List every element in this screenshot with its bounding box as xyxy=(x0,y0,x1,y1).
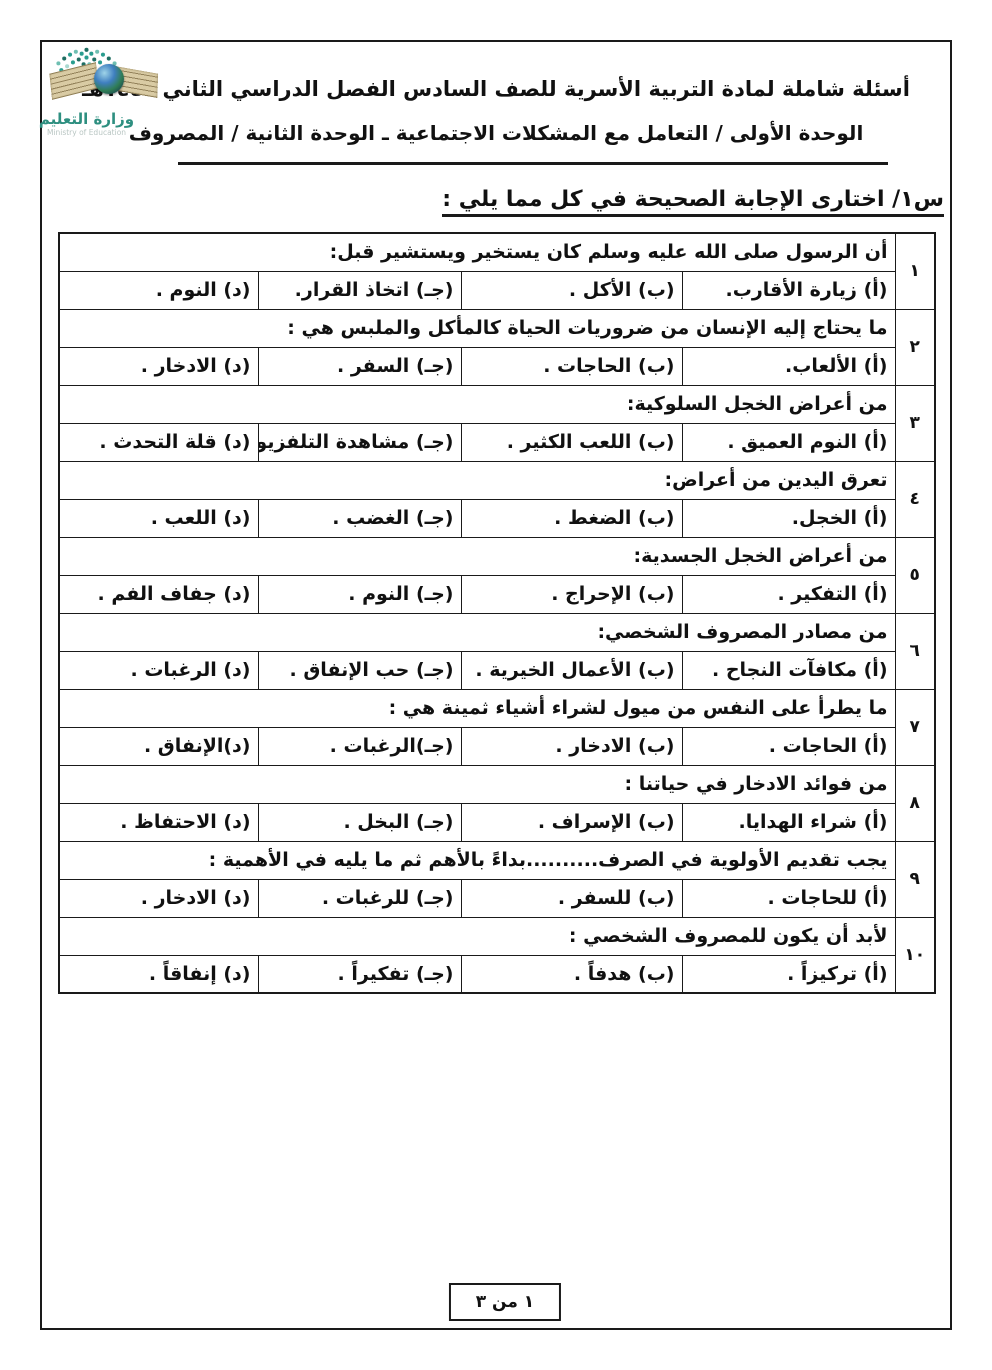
option-c: (جـ) تفكيراً . xyxy=(258,955,461,993)
option-c: (جـ) السفر . xyxy=(258,347,461,385)
question-number: ٥ xyxy=(895,537,935,613)
questions-table-body: ١أن الرسول صلى الله عليه وسلم كان يستخير… xyxy=(59,233,935,993)
option-d: (د) إنفاقاً . xyxy=(59,955,258,993)
option-d: (د) النوم . xyxy=(59,271,258,309)
options-row: (أ) مكافآت النجاح .(ب) الأعمال الخيرية .… xyxy=(59,651,935,689)
document-page: وزارة التعليم Ministry of Education أسئل… xyxy=(40,40,952,1330)
question-row: ٩يجب تقديم الأولوية في الصرف..........بد… xyxy=(59,841,935,879)
banner-icon xyxy=(49,62,98,100)
option-c: (جـ) الغضب . xyxy=(258,499,461,537)
option-c: (جـ) للرغبات . xyxy=(258,879,461,917)
option-c: (جـ) مشاهدة التلفزيون . xyxy=(258,423,461,461)
option-b: (ب) الأكل . xyxy=(461,271,682,309)
question-number: ٣ xyxy=(895,385,935,461)
ministry-name-english: Ministry of Education xyxy=(38,128,135,137)
options-row: (أ) الألعاب.(ب) الحاجات .(جـ) السفر .(د)… xyxy=(59,347,935,385)
option-a: (أ) الألعاب. xyxy=(682,347,895,385)
question-number: ٦ xyxy=(895,613,935,689)
header-titles: أسئلة شاملة لمادة التربية الأسرية للصف ا… xyxy=(42,42,950,146)
question-row: ٧ما يطرأ على النفس من ميول لشراء أشياء ث… xyxy=(59,689,935,727)
question-text: من أعراض الخجل السلوكية: xyxy=(59,385,895,423)
question-text: من فوائد الادخار في حياتنا : xyxy=(59,765,895,803)
option-d: (د) الادخار . xyxy=(59,347,258,385)
option-c: (جـ) النوم . xyxy=(258,575,461,613)
question-number: ٩ xyxy=(895,841,935,917)
section-header: س١/ اختارى الإجابة الصحيحة في كل مما يلي… xyxy=(42,187,950,212)
question-text: من أعراض الخجل الجسدية: xyxy=(59,537,895,575)
option-a: (أ) تركيزاً . xyxy=(682,955,895,993)
question-row: ١٠لأبد أن يكون للمصروف الشخصي : xyxy=(59,917,935,955)
question-text: ما يطرأ على النفس من ميول لشراء أشياء ثم… xyxy=(59,689,895,727)
option-a: (أ) مكافآت النجاح . xyxy=(682,651,895,689)
options-row: (أ) تركيزاً .(ب) هدفاً .(جـ) تفكيراً .(د… xyxy=(59,955,935,993)
option-b: (ب) هدفاً . xyxy=(461,955,682,993)
question-number: ١ xyxy=(895,233,935,309)
option-b: (ب) اللعب الكثير . xyxy=(461,423,682,461)
option-b: (ب) الإحراج . xyxy=(461,575,682,613)
exam-title: أسئلة شاملة لمادة التربية الأسرية للصف ا… xyxy=(42,76,950,103)
option-a: (أ) زيارة الأقارب. xyxy=(682,271,895,309)
question-row: ١أن الرسول صلى الله عليه وسلم كان يستخير… xyxy=(59,233,935,271)
option-d: (د) الرغبات . xyxy=(59,651,258,689)
option-a: (أ) شراء الهدايا. xyxy=(682,803,895,841)
question-text: من مصادر المصروف الشخصي: xyxy=(59,613,895,651)
question-text: ما يحتاج إليه الإنسان من ضروريات الحياة … xyxy=(59,309,895,347)
option-b: (ب) الضغط . xyxy=(461,499,682,537)
option-d: (د) الاحتفاظ . xyxy=(59,803,258,841)
questions-table: ١أن الرسول صلى الله عليه وسلم كان يستخير… xyxy=(58,232,936,994)
options-row: (أ) شراء الهدايا.(ب) الإسراف .(جـ) البخل… xyxy=(59,803,935,841)
question-text: تعرق اليدين من أعراض: xyxy=(59,461,895,499)
option-d: (د) اللعب . xyxy=(59,499,258,537)
option-b: (ب) الادخار . xyxy=(461,727,682,765)
question-row: ٣من أعراض الخجل السلوكية: xyxy=(59,385,935,423)
question-row: ٢ما يحتاج إليه الإنسان من ضروريات الحياة… xyxy=(59,309,935,347)
page-number-box: ١ من ٣ xyxy=(449,1283,561,1321)
option-a: (أ) التفكير . xyxy=(682,575,895,613)
question-row: ٤تعرق اليدين من أعراض: xyxy=(59,461,935,499)
option-d: (د) قلة التحدث . xyxy=(59,423,258,461)
school-logo xyxy=(48,54,168,120)
options-row: (أ) زيارة الأقارب.(ب) الأكل .(جـ) اتخاذ … xyxy=(59,271,935,309)
option-c: (جـ) البخل . xyxy=(258,803,461,841)
option-d: (د) الادخار . xyxy=(59,879,258,917)
options-row: (أ) الحاجات .(ب) الادخار .(جـ)الرغبات .(… xyxy=(59,727,935,765)
question1-instruction: س١/ اختارى الإجابة الصحيحة في كل مما يلي… xyxy=(442,187,944,217)
option-a: (أ) الخجل. xyxy=(682,499,895,537)
question-number: ٧ xyxy=(895,689,935,765)
option-a: (أ) للحاجات . xyxy=(682,879,895,917)
globe-icon xyxy=(94,64,124,94)
question-row: ٥من أعراض الخجل الجسدية: xyxy=(59,537,935,575)
header-divider xyxy=(178,162,888,165)
question-row: ٨من فوائد الادخار في حياتنا : xyxy=(59,765,935,803)
question-text: لأبد أن يكون للمصروف الشخصي : xyxy=(59,917,895,955)
question-row: ٦من مصادر المصروف الشخصي: xyxy=(59,613,935,651)
option-b: (ب) الأعمال الخيرية . xyxy=(461,651,682,689)
exam-page: { "header": { "title_line1": "أسئلة شامل… xyxy=(0,0,992,1370)
option-b: (ب) للسفر . xyxy=(461,879,682,917)
option-c: (جـ) اتخاذ القرار. xyxy=(258,271,461,309)
options-row: (أ) التفكير .(ب) الإحراج .(جـ) النوم .(د… xyxy=(59,575,935,613)
question-text: أن الرسول صلى الله عليه وسلم كان يستخير … xyxy=(59,233,895,271)
option-d: (د)الإنفاق . xyxy=(59,727,258,765)
options-row: (أ) النوم العميق .(ب) اللعب الكثير .(جـ)… xyxy=(59,423,935,461)
option-a: (أ) النوم العميق . xyxy=(682,423,895,461)
question-number: ١٠ xyxy=(895,917,935,993)
question-number: ٤ xyxy=(895,461,935,537)
question-number: ٢ xyxy=(895,309,935,385)
option-a: (أ) الحاجات . xyxy=(682,727,895,765)
question-text: يجب تقديم الأولوية في الصرف..........بدا… xyxy=(59,841,895,879)
option-c: (جـ) حب الإنفاق . xyxy=(258,651,461,689)
page-number-label: ١ من ٣ xyxy=(476,1292,534,1312)
option-b: (ب) الإسراف . xyxy=(461,803,682,841)
option-c: (جـ)الرغبات . xyxy=(258,727,461,765)
options-row: (أ) للحاجات .(ب) للسفر .(جـ) للرغبات .(د… xyxy=(59,879,935,917)
question-number: ٨ xyxy=(895,765,935,841)
options-row: (أ) الخجل.(ب) الضغط .(جـ) الغضب .(د) الل… xyxy=(59,499,935,537)
option-b: (ب) الحاجات . xyxy=(461,347,682,385)
units-subtitle: الوحدة الأولى / التعامل مع المشكلات الاج… xyxy=(42,120,950,146)
option-d: (د) جفاف الفم . xyxy=(59,575,258,613)
